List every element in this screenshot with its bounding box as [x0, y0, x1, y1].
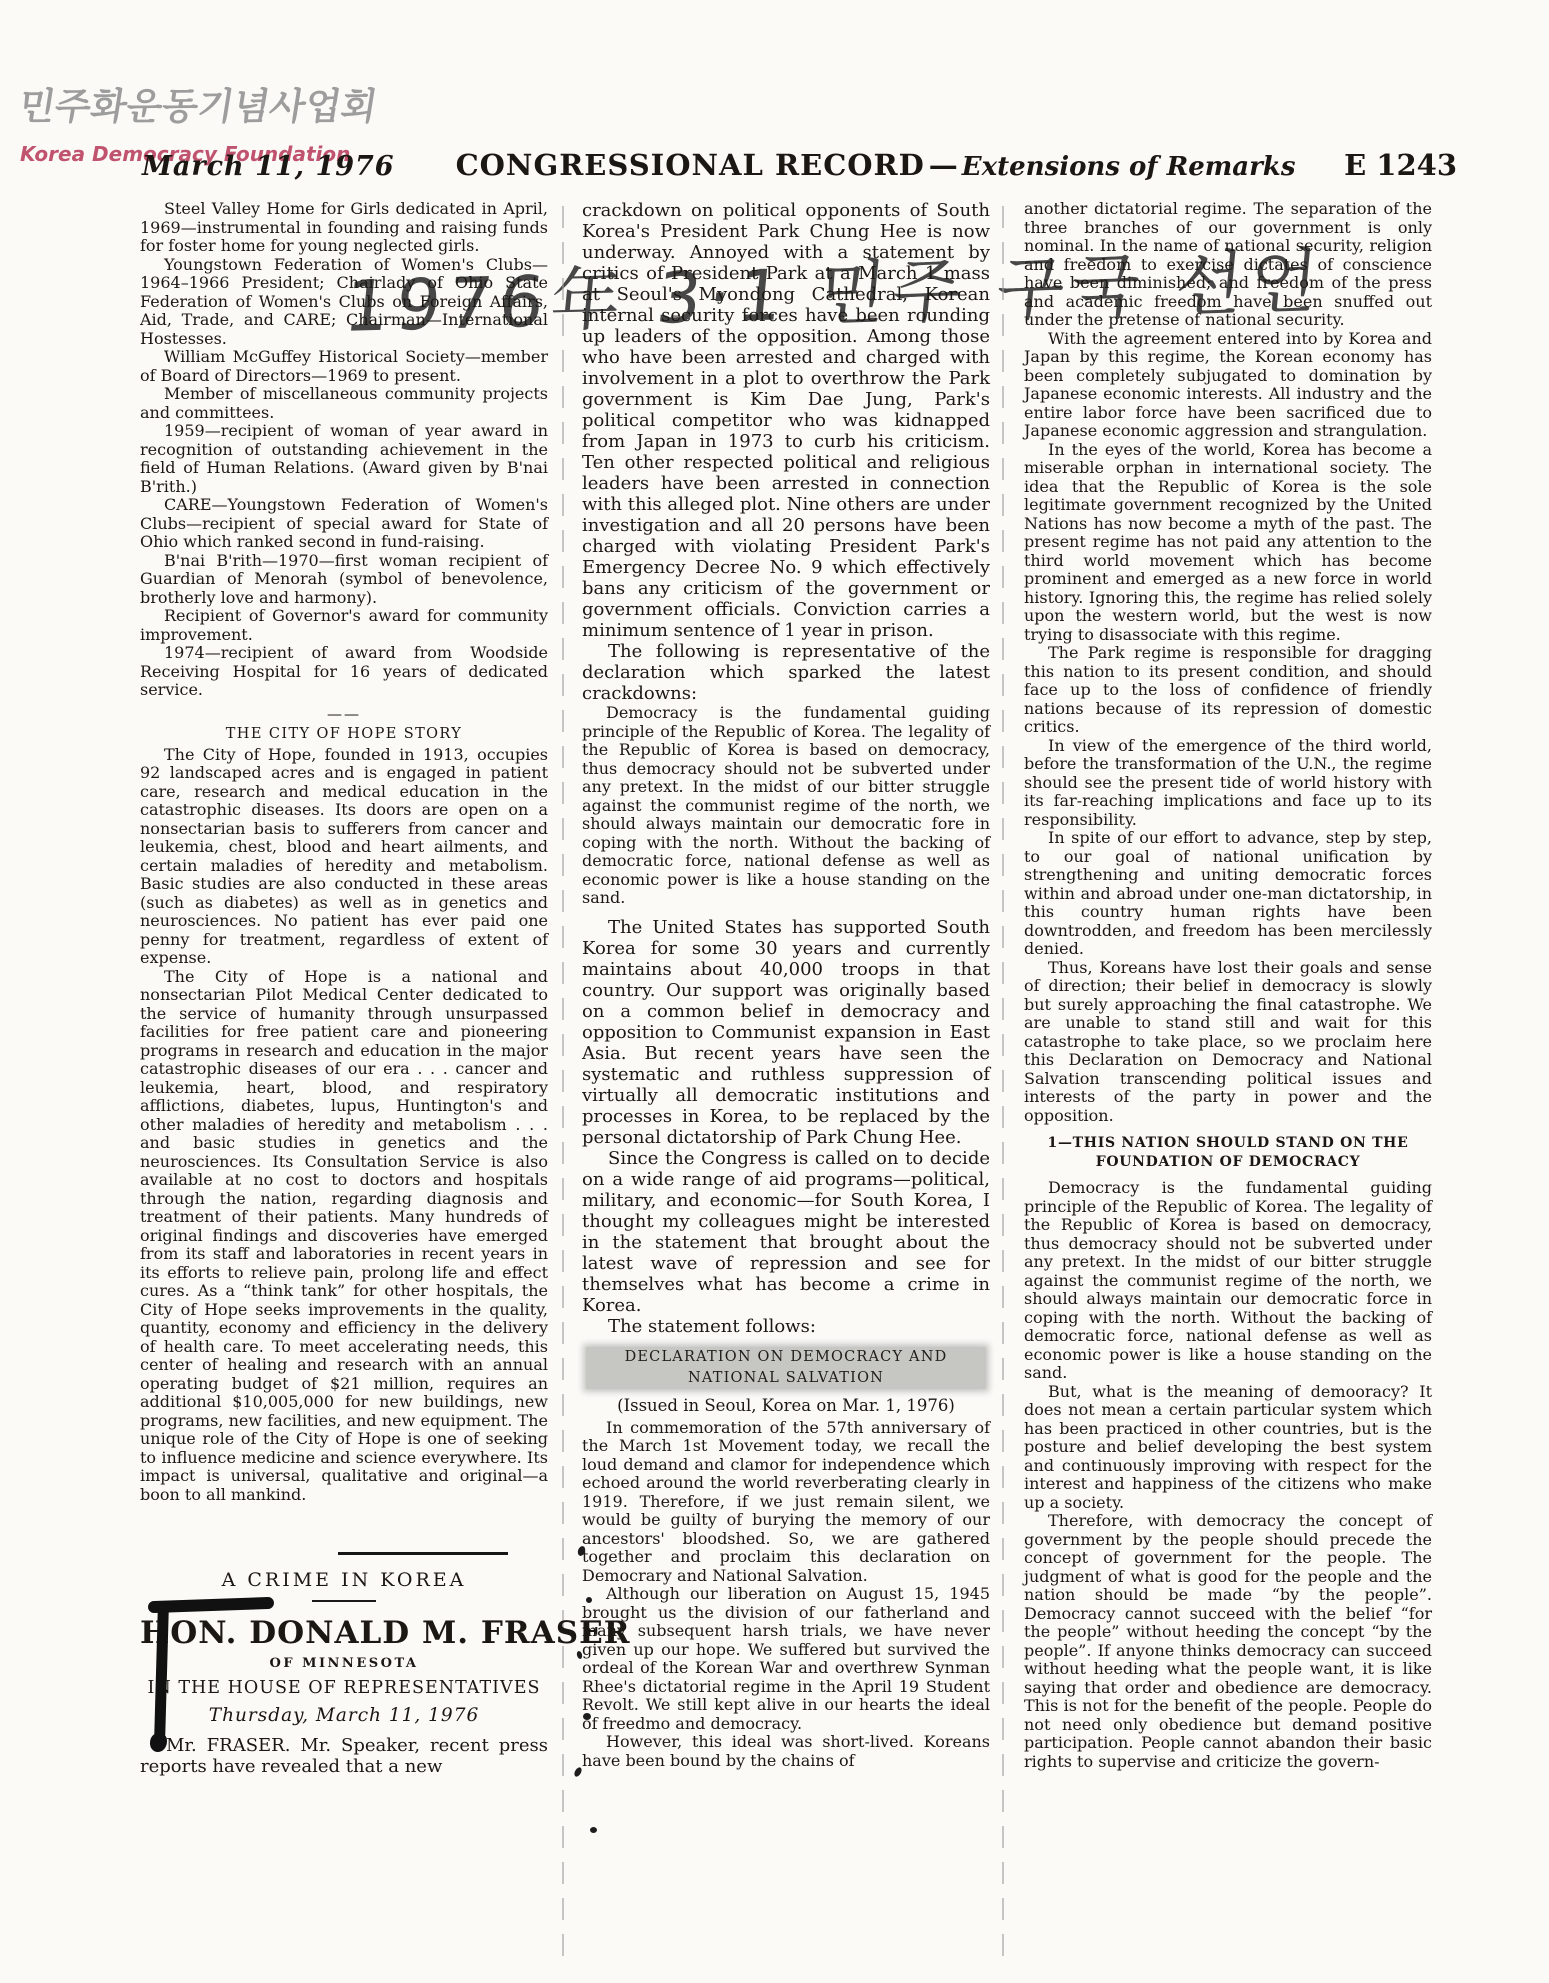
- paragraph: another dictatorial regime. The separati…: [1024, 200, 1432, 330]
- paragraph: William McGuffey Historical Society—memb…: [140, 348, 548, 385]
- paragraph: Democracy is the fundamental guiding pri…: [1024, 1179, 1432, 1383]
- column-3: another dictatorial regime. The separati…: [1024, 200, 1432, 1777]
- city-of-hope-heading: THE CITY OF HOPE STORY: [140, 726, 548, 742]
- masthead-title-group: CONGRESSIONAL RECORD—Extensions of Remar…: [407, 148, 1344, 182]
- paragraph: The statement follows:: [582, 1316, 990, 1337]
- paragraph: With the agreement entered into by Korea…: [1024, 330, 1432, 441]
- crime-in-korea-title: A CRIME IN KOREA: [140, 1569, 548, 1591]
- masthead-date: March 11, 1976: [142, 151, 407, 182]
- logo-korean-text: 민주화운동기념사업회: [16, 76, 382, 130]
- title-divider: [312, 1600, 376, 1602]
- column-2: crackdown on political opponents of Sout…: [582, 200, 990, 1777]
- masthead: March 11, 1976 CONGRESSIONAL RECORD—Exte…: [142, 148, 1457, 182]
- document-page: 민주화운동기념사업회 Korea Democracy Foundation 19…: [0, 0, 1549, 1983]
- paragraph: The following is representative of the d…: [582, 641, 990, 704]
- paragraph: The Park regime is responsible for dragg…: [1024, 644, 1432, 737]
- paragraph: Member of miscellaneous community projec…: [140, 385, 548, 422]
- paragraph: The United States has supported South Ko…: [582, 917, 990, 1148]
- ink-speck: [586, 1597, 592, 1603]
- paragraph: Recipient of Governor's award for commun…: [140, 607, 548, 644]
- paragraph: In commemoration of the 57th anniversary…: [582, 1419, 990, 1586]
- declaration-heading: DECLARATION ON DEMOCRACY AND NATIONAL SA…: [586, 1347, 986, 1389]
- section-one-heading: 1—THIS NATION SHOULD STAND ON THE FOUNDA…: [1028, 1134, 1428, 1172]
- paragraph: CARE—Youngstown Federation of Women's Cl…: [140, 496, 548, 552]
- paragraph: But, what is the meaning of demooracy? I…: [1024, 1383, 1432, 1513]
- speech-date: Thursday, March 11, 1976: [140, 1705, 548, 1726]
- paragraph: Youngstown Federation of Women's Clubs—1…: [140, 256, 548, 349]
- speaker-name: HON. DONALD M. FRASER: [140, 1615, 548, 1651]
- paragraph: Mr. FRASER. Mr. Speaker, recent press re…: [140, 1735, 548, 1777]
- paragraph: crackdown on political opponents of Sout…: [582, 200, 990, 641]
- ink-speck: [583, 1713, 591, 1720]
- paragraph: 1959—recipient of woman of year award in…: [140, 422, 548, 496]
- masthead-subtitle: Extensions of Remarks: [962, 152, 1296, 182]
- paragraph: 1974—recipient of award from Woodside Re…: [140, 644, 548, 700]
- masthead-title: CONGRESSIONAL RECORD: [456, 148, 925, 182]
- paragraph: In spite of our effort to advance, step …: [1024, 829, 1432, 959]
- paragraph: Although our liberation on August 15, 19…: [582, 1585, 990, 1733]
- article-columns: Steel Valley Home for Girls dedicated in…: [140, 200, 1432, 1777]
- page-number: E 1243: [1344, 148, 1457, 182]
- speaker-state: OF MINNESOTA: [140, 1656, 548, 1671]
- chamber-line: IN THE HOUSE OF REPRESENTATIVES: [140, 1678, 548, 1698]
- paragraph: Steel Valley Home for Girls dedicated in…: [140, 200, 548, 256]
- column-1: Steel Valley Home for Girls dedicated in…: [140, 200, 548, 1777]
- paragraph: Thus, Koreans have lost their goals and …: [1024, 959, 1432, 1126]
- paragraph: However, this ideal was short-lived. Kor…: [582, 1733, 990, 1770]
- paragraph: In the eyes of the world, Korea has beco…: [1024, 441, 1432, 645]
- paragraph: Since the Congress is called on to decid…: [582, 1148, 990, 1316]
- masthead-separator: —: [925, 148, 962, 182]
- paragraph: Democracy is the fundamental guiding pri…: [582, 704, 990, 908]
- article-top-rule: [338, 1552, 508, 1555]
- section-divider: ——: [140, 707, 548, 721]
- paragraph: In view of the emergence of the third wo…: [1024, 737, 1432, 830]
- paragraph: The City of Hope is a national and nonse…: [140, 968, 548, 1505]
- issued-line: (Issued in Seoul, Korea on Mar. 1, 1976): [582, 1396, 990, 1415]
- paragraph: Therefore, with democracy the concept of…: [1024, 1512, 1432, 1771]
- paragraph: The City of Hope, founded in 1913, occup…: [140, 746, 548, 968]
- ink-speck: [590, 1827, 597, 1833]
- paragraph: B'nai B'rith—1970—first woman recipient …: [140, 552, 548, 608]
